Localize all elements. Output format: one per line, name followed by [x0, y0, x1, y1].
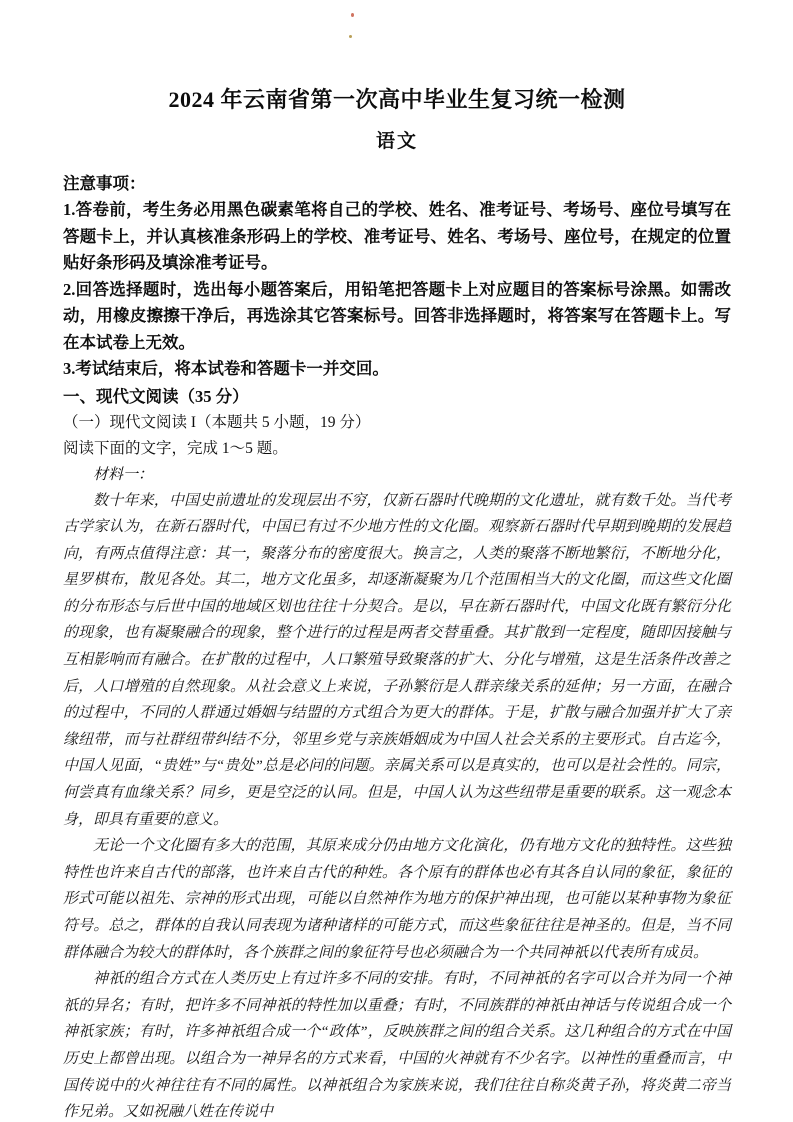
material-one-label: 材料一： [63, 462, 731, 488]
reading-instruction: 阅读下面的文字，完成 1～5 题。 [63, 436, 731, 462]
exam-title: 2024 年云南省第一次高中毕业生复习统一检测 [63, 86, 731, 114]
stray-ink-mark [351, 13, 354, 17]
material-paragraph: 数十年来，中国史前遗址的发现层出不穷，仅新石器时代晚期的文化遗址，就有数千处。当… [63, 488, 731, 834]
exam-subject-title: 语文 [63, 129, 731, 155]
stray-ink-mark [349, 35, 352, 38]
material-paragraph: 神祇的组合方式在人类历史上有过许多不同的安排。有时，不同神祇的名字可以合并为同一… [63, 966, 731, 1122]
section-heading-modern-reading: 一、现代文阅读（35 分） [63, 383, 731, 410]
notice-item-1: 1.答卷前，考生务必用黑色碳素笔将自己的学校、姓名、准考证号、考场号、座位号填写… [63, 197, 731, 277]
notice-item-3: 3.考试结束后，将本试卷和答题卡一并交回。 [63, 356, 731, 383]
material-paragraph: 无论一个文化圈有多大的范围，其原来成分仍由地方文化演化，仍有地方文化的独特性。这… [63, 833, 731, 966]
exam-paper-page: 2024 年云南省第一次高中毕业生复习统一检测 语文 注意事项： 1.答卷前，考… [0, 0, 793, 1122]
subsection-heading-reading-1: （一）现代文阅读 I（本题共 5 小题，19 分） [63, 410, 731, 436]
notice-heading: 注意事项： [63, 170, 731, 197]
notice-item-2: 2.回答选择题时，选出每小题答案后，用铅笔把答题卡上对应题目的答案标号涂黑。如需… [63, 277, 731, 357]
